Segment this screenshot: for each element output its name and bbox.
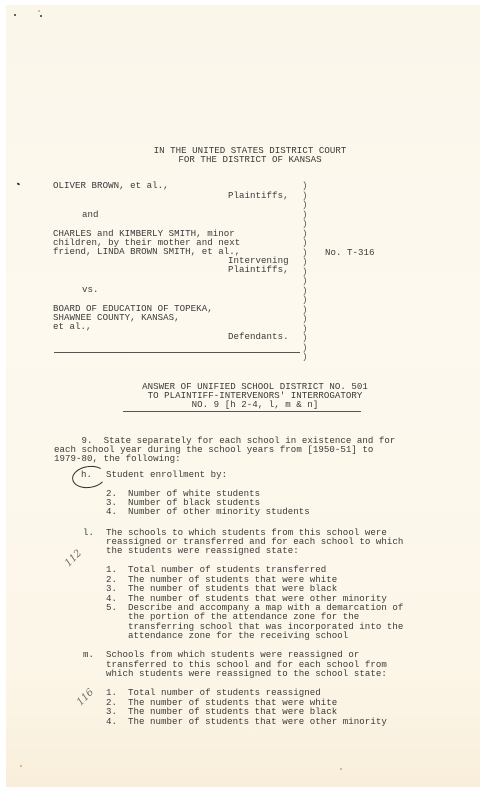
l-item-num: 1. — [106, 565, 117, 574]
paper-stain — [20, 765, 22, 767]
plaintiff-role: Plaintiffs, — [228, 191, 289, 200]
l-item-text: Total number of students transferred — [128, 565, 326, 574]
section-m-text: Schools from which students were reassig… — [106, 650, 359, 659]
section-h-text: Student enrollment by: — [106, 470, 227, 479]
section-l-text: the students were reassigned state: — [106, 546, 299, 555]
section-m-text: which students were reassigned to the sc… — [106, 669, 387, 678]
doc-title-line3: NO. 9 [h 2-4, l, m & n] — [100, 400, 410, 409]
m-item-text: Total number of students reassigned — [128, 688, 321, 697]
paper-stain — [38, 10, 40, 12]
m-item-num: 1. — [106, 688, 117, 697]
defendant-role: Defendants. — [228, 332, 289, 341]
case-number: No. T-316 — [325, 248, 375, 257]
m-item-text: The number of students that were other m… — [128, 717, 387, 726]
court-header-line2: FOR THE DISTRICT OF KANSAS — [130, 155, 370, 164]
ink-speck — [14, 14, 16, 16]
m-item-text: The number of students that were black — [128, 707, 337, 716]
section-l-label: l. — [83, 528, 94, 537]
intervenor-role: Plaintiffs, — [228, 265, 289, 274]
l-item-text: The number of students that were black — [128, 584, 337, 593]
ink-speck — [40, 15, 42, 17]
section-m-label: m. — [83, 650, 94, 659]
interrogatory-intro: 1979-80, the following: — [54, 454, 181, 463]
defendant-line: et al., — [53, 322, 92, 331]
l-item-text: attendance zone for the receiving school — [128, 631, 348, 640]
paper-stain — [340, 768, 342, 770]
intervenor-line: friend, LINDA BROWN SMITH, et al., — [53, 247, 240, 256]
l-item-text: the portion of the attendance zone for t… — [128, 612, 359, 621]
caption-underline — [54, 352, 300, 353]
caption-and: and — [82, 210, 99, 219]
l-item-num: 3. — [106, 584, 117, 593]
m-item-num: 3. — [106, 707, 117, 716]
l-item-num: 5. — [106, 603, 117, 612]
caption-paren-column: ) ) ) ) ) ) ) ) ) ) ) ) ) ) ) ) ) ) ) — [302, 181, 307, 362]
m-item-num: 4. — [106, 717, 117, 726]
caption-vs: vs. — [82, 285, 99, 294]
section-h-label: h. — [81, 470, 92, 479]
doc-title-underline — [123, 411, 361, 412]
plaintiff-name: OLIVER BROWN, et al., — [53, 181, 169, 190]
h-item-num: 4. — [106, 507, 117, 516]
h-item-text: Number of other minority students — [128, 507, 310, 516]
